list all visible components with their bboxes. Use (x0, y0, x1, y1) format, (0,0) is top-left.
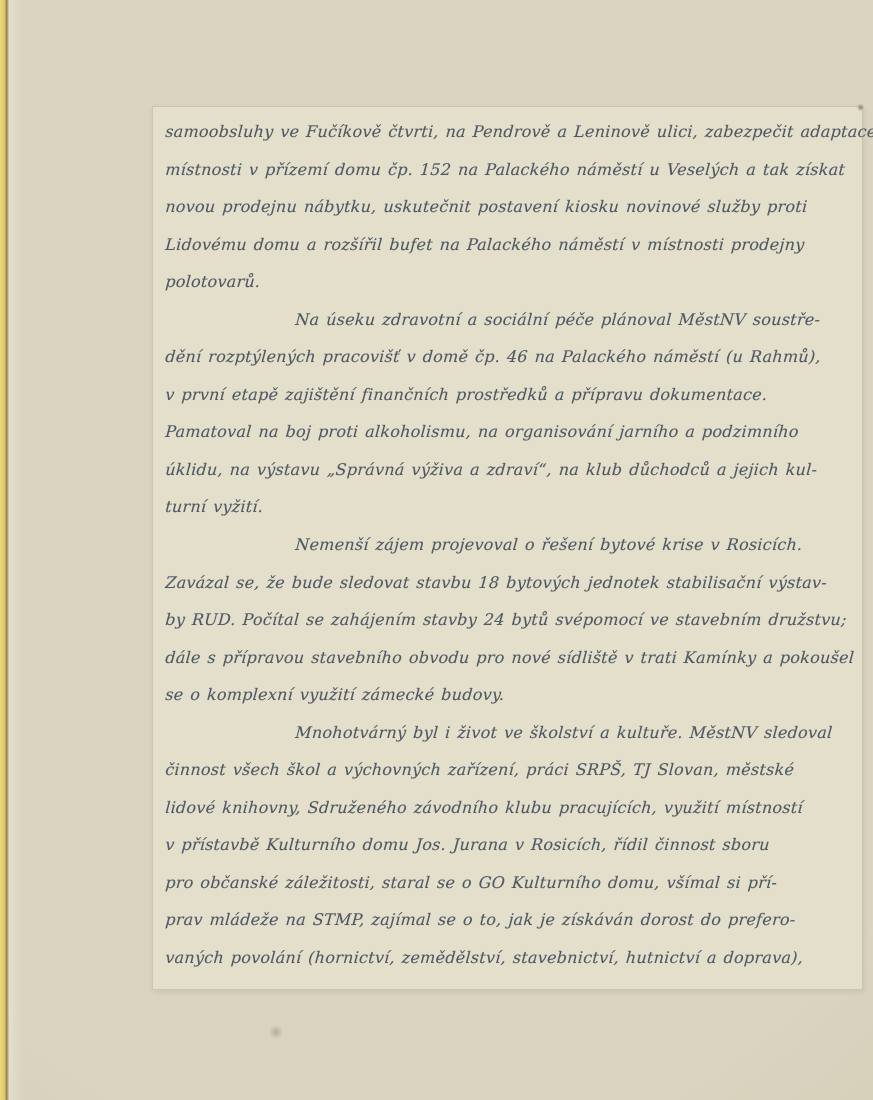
binding-shadow (9, 0, 23, 1100)
handwritten-line: samoobsluhy ve Fučíkově čtvrti, na Pendr… (164, 113, 859, 151)
handwritten-line: prav mládeže na STMP, zajímal se o to, j… (164, 901, 859, 939)
handwritten-line: pro občanské záležitosti, staral se o GO… (164, 864, 859, 902)
handwritten-line: se o komplexní využití zámecké budovy. (164, 676, 859, 714)
handwritten-line: v první etapě zajištění finančních prost… (164, 376, 859, 414)
handwritten-line: v přístavbě Kulturního domu Jos. Jurana … (164, 826, 859, 864)
handwritten-line: Na úseku zdravotní a sociální péče pláno… (164, 301, 859, 339)
sheet-corner-mark (857, 104, 864, 111)
handwritten-line: Pamatoval na boj proti alkoholismu, na o… (164, 413, 859, 451)
handwritten-line: dále s přípravou stavebního obvodu pro n… (164, 639, 859, 677)
handwritten-line: dění rozptýlených pracovišť v domě čp. 4… (164, 338, 859, 376)
handwritten-line: činnost všech škol a výchovných zařízení… (164, 751, 859, 789)
handwritten-line: Nemenší zájem projevoval o řešení bytové… (164, 526, 859, 564)
handwritten-line: novou prodejnu nábytku, uskutečnit posta… (164, 188, 859, 226)
handwritten-line: úklidu, na výstavu „Správná výživa a zdr… (164, 451, 859, 489)
handwritten-line: turní vyžití. (164, 488, 859, 526)
handwritten-text: samoobsluhy ve Fučíkově čtvrti, na Pendr… (164, 113, 856, 977)
handwritten-line: lidové knihovny, Sdruženého závodního kl… (164, 789, 859, 827)
handwritten-line: Zavázal se, že bude sledovat stavbu 18 b… (164, 564, 859, 602)
scan-page: samoobsluhy ve Fučíkově čtvrti, na Pendr… (0, 0, 873, 1100)
handwritten-line: polotovarů. (164, 263, 859, 301)
smudge-mark (269, 1025, 283, 1039)
handwritten-line: Mnohotvárný byl i život ve školství a ku… (164, 714, 859, 752)
handwritten-line: by RUD. Počítal se zahájením stavby 24 b… (164, 601, 859, 639)
handwritten-line: místnosti v přízemí domu čp. 152 na Pala… (164, 151, 859, 189)
handwritten-sheet: samoobsluhy ve Fučíkově čtvrti, na Pendr… (152, 106, 863, 990)
handwritten-line: Lidovému domu a rozšířil bufet na Palack… (164, 226, 859, 264)
handwritten-line: vaných povolání (hornictví, zemědělství,… (164, 939, 859, 977)
binding-edge (0, 0, 9, 1100)
